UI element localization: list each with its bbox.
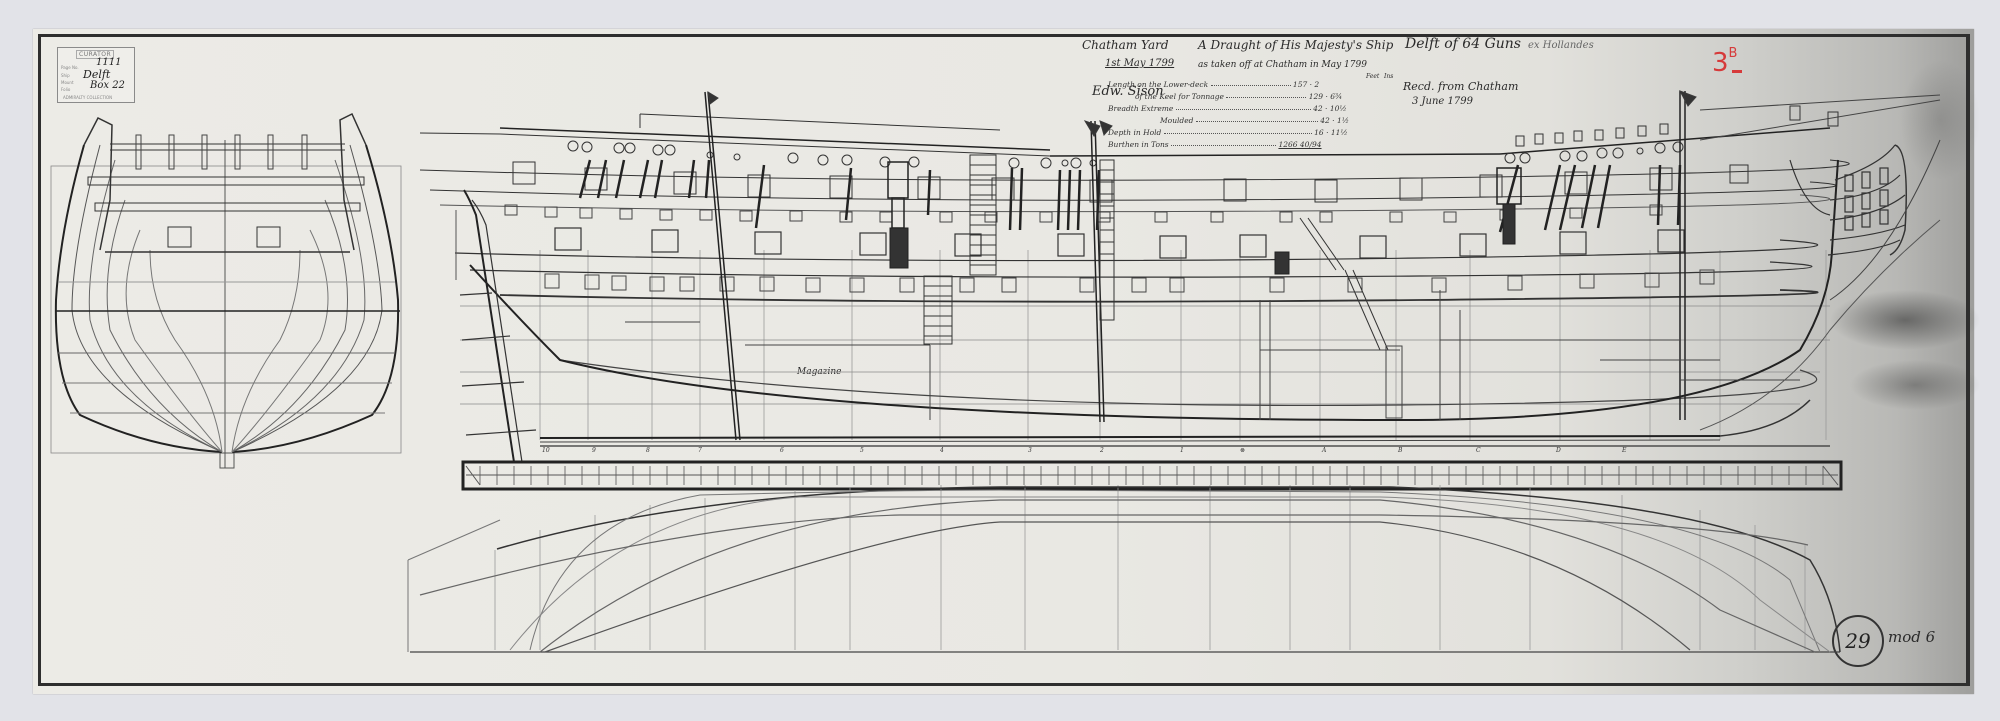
station-label: C (1476, 447, 1481, 454)
station-label: 1 (1180, 447, 1184, 454)
station-label: B (1398, 447, 1402, 454)
station-label: E (1622, 447, 1626, 454)
station-label: 4 (940, 447, 944, 454)
body-plan-view (51, 114, 401, 468)
station-label: 10 (542, 447, 550, 454)
station-label: 9 (592, 447, 596, 454)
station-label: A (1322, 447, 1326, 454)
scale-bar (463, 462, 1841, 489)
station-label: D (1556, 447, 1561, 454)
ship-line-drawing (0, 0, 2000, 721)
station-label: 2 (1100, 447, 1104, 454)
sheer-plan-view (420, 91, 1940, 462)
station-label: 8 (646, 447, 650, 454)
half-breadth-view (408, 485, 1840, 652)
station-label: ⊗ (1240, 447, 1245, 454)
station-label: 7 (698, 447, 702, 454)
station-label: 5 (860, 447, 864, 454)
station-label: 3 (1028, 447, 1032, 454)
station-label: 6 (780, 447, 784, 454)
